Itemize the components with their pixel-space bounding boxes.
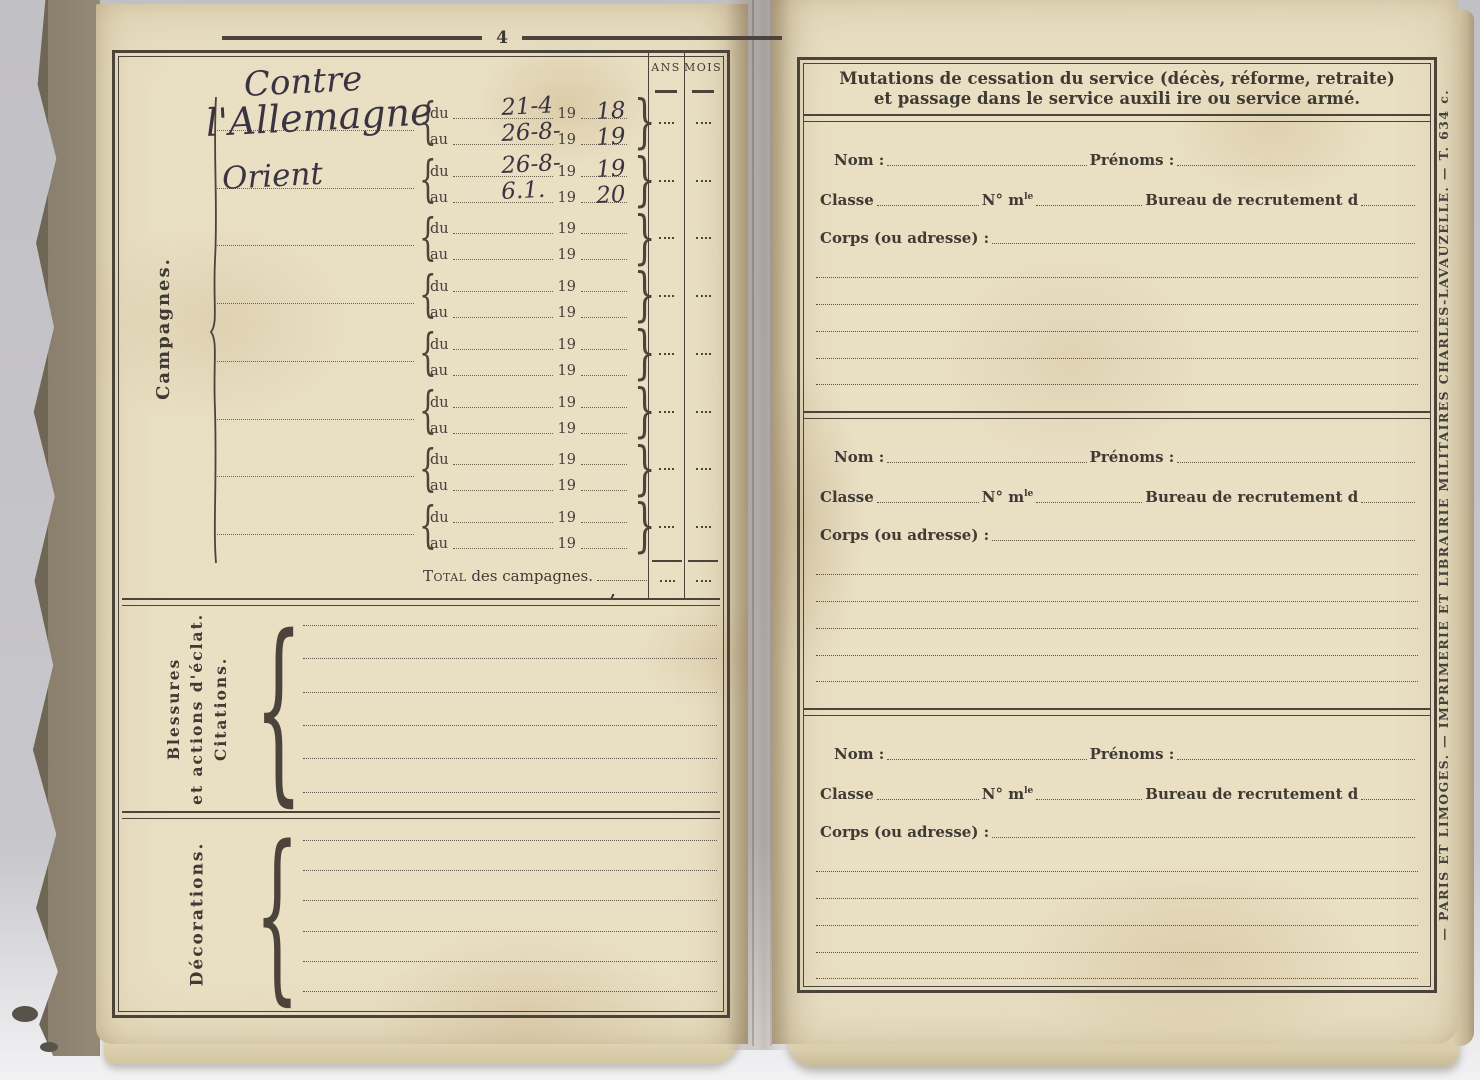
- header-underline-rule: [803, 114, 1431, 122]
- handwritten-du-date: 26-8-: [501, 150, 562, 179]
- campagne-row: { du 19 au 19 }: [211, 497, 721, 555]
- au-label: au: [430, 363, 450, 379]
- au-label: au: [430, 190, 450, 206]
- du-label: du: [430, 106, 450, 122]
- prenoms-label: Prénoms :: [1090, 745, 1175, 763]
- year-prefix: 19: [558, 536, 576, 552]
- year-dotted-leader: [581, 464, 627, 465]
- year-dotted-leader: [581, 317, 627, 318]
- handwritten-au-date: 26-8-: [501, 118, 562, 147]
- opening-brace: {: [419, 324, 427, 382]
- handwritten-du-year: 18: [595, 97, 626, 124]
- closing-brace: }: [634, 497, 645, 555]
- corps-label: Corps (ou adresse) :: [820, 526, 989, 544]
- au-dotted-leader: [453, 259, 553, 260]
- du-line: du 19: [430, 211, 630, 237]
- opening-brace: {: [419, 209, 427, 267]
- campagne-name-cell: [211, 209, 416, 267]
- au-line: au 19: [430, 526, 630, 552]
- year-prefix: 19: [558, 190, 576, 206]
- bureau-label: Bureau de recrutement d: [1145, 191, 1358, 209]
- year-prefix: 19: [558, 305, 576, 321]
- total-dotted-leader: [597, 580, 647, 581]
- bureau-dotted-leader: [1361, 799, 1415, 800]
- ans-cell: [648, 151, 684, 209]
- total-label-rest: des campagnes.: [471, 567, 593, 585]
- blank-writing-lines: [816, 247, 1418, 411]
- year-dotted-leader: [581, 407, 627, 408]
- blessures-brace: {: [255, 606, 282, 811]
- left-page-frame: ANS MOIS Campagnes. Contre l'Allemagne {…: [112, 50, 730, 1018]
- mois-dash: [696, 468, 711, 470]
- du-au-lines: du 19 au 19: [430, 324, 630, 382]
- mois-cell: [684, 266, 721, 324]
- year-dotted-leader: [581, 233, 627, 234]
- campagne-name-cell: Orient: [211, 151, 416, 209]
- mutation-block: Nom : Prénoms : Classe N° mle Bureau de …: [800, 122, 1434, 411]
- ans-cell: [648, 324, 684, 382]
- mois-dash: [696, 122, 711, 124]
- mois-dash: [696, 526, 711, 528]
- book-cover-torn-edge: [22, 0, 100, 1056]
- year-prefix: 19: [558, 478, 576, 494]
- ans-sum-rule: [652, 560, 682, 562]
- du-line: du 19 21-4 18: [430, 96, 630, 122]
- mois-total-dash: [696, 580, 711, 582]
- shadow-speck: [12, 1006, 38, 1022]
- campagne-name-cell: [211, 266, 416, 324]
- blessures-section-label: Blessures et actions d'éclat. Citations.: [117, 606, 277, 811]
- printer-imprint-vertical-text: — PARIS ET LIMOGES. — IMPRIMERIE ET LIBR…: [1430, 55, 1456, 975]
- du-line: du 19: [430, 269, 630, 295]
- au-line: au 19: [430, 411, 630, 437]
- gutter-crease: [752, 0, 754, 1046]
- campagnes-rows: Contre l'Allemagne { du 19 21-4 18 au 19…: [211, 93, 721, 555]
- du-dotted-leader: [453, 349, 553, 350]
- year-dotted-leader: [581, 375, 627, 376]
- closing-brace: }: [634, 151, 645, 209]
- handwritten-au-year: 19: [595, 123, 626, 150]
- campagne-name-dotted-line: [217, 419, 414, 420]
- numero-dotted-leader: [1036, 502, 1142, 503]
- nom-dotted-leader: [887, 165, 1086, 166]
- year-dotted-leader: [581, 490, 627, 491]
- corps-row: Corps (ou adresse) :: [816, 803, 1418, 841]
- mois-dash: [696, 353, 711, 355]
- ans-dash: [659, 122, 674, 124]
- decorations-brace: {: [255, 819, 282, 1009]
- classe-label: Classe: [820, 191, 874, 209]
- section-separator-rule: [122, 598, 720, 606]
- opening-brace: {: [419, 382, 427, 440]
- au-label: au: [430, 247, 450, 263]
- closing-brace: }: [634, 382, 645, 440]
- handwritten-au-year: 20: [595, 181, 626, 208]
- nom-dotted-leader: [887, 462, 1086, 463]
- left-page-number: 4: [482, 28, 522, 48]
- closing-brace: }: [634, 209, 645, 267]
- mutation-blocks: Nom : Prénoms : Classe N° mle Bureau de …: [800, 122, 1434, 1005]
- numero-matricule-label: N° mle: [982, 488, 1033, 506]
- au-dotted-leader: [453, 375, 553, 376]
- du-label: du: [430, 279, 450, 295]
- classe-dotted-leader: [877, 502, 979, 503]
- mois-dash: [696, 411, 711, 413]
- campagne-name-cell: [211, 324, 416, 382]
- total-campagnes-row: Total des campagnes. ,: [211, 555, 721, 597]
- ans-total-dash: [660, 580, 675, 582]
- du-label: du: [430, 510, 450, 526]
- du-label: du: [430, 221, 450, 237]
- bureau-dotted-leader: [1361, 205, 1415, 206]
- au-line: au 19 26-8- 19: [430, 122, 630, 148]
- du-au-lines: du 19 26-8- 19 au 19 6.1. 20: [430, 151, 630, 209]
- du-label: du: [430, 452, 450, 468]
- mois-dash: [696, 237, 711, 239]
- block-separator-rule: [803, 411, 1431, 419]
- bureau-dotted-leader: [1361, 502, 1415, 503]
- mois-cell: [684, 324, 721, 382]
- au-label: au: [430, 132, 450, 148]
- mois-cell: [684, 209, 721, 267]
- total-mois-cell: [685, 555, 721, 597]
- du-line: du 19: [430, 385, 630, 411]
- opening-brace: {: [419, 440, 427, 498]
- au-dotted-leader: [453, 317, 553, 318]
- au-line: au 19: [430, 295, 630, 321]
- decorations-writing-lines: [303, 825, 717, 1007]
- opening-brace: {: [419, 497, 427, 555]
- year-prefix: 19: [558, 363, 576, 379]
- mutation-block: Nom : Prénoms : Classe N° mle Bureau de …: [800, 716, 1434, 1005]
- corps-label: Corps (ou adresse) :: [820, 229, 989, 247]
- campagne-row: { du 19 au 19 }: [211, 382, 721, 440]
- closing-brace: }: [634, 324, 645, 382]
- bureau-label: Bureau de recrutement d: [1145, 488, 1358, 506]
- opening-brace: {: [419, 266, 427, 324]
- year-prefix: 19: [558, 337, 576, 353]
- du-label: du: [430, 395, 450, 411]
- left-page: 4 ANS MOIS Campagnes. Con: [96, 4, 748, 1044]
- ans-dash: [659, 353, 674, 355]
- corps-dotted-leader: [992, 243, 1415, 244]
- handwritten-campaign-name-line2: l'Allemagne: [205, 89, 434, 145]
- classe-row: Classe N° mle Bureau de recrutement d: [816, 763, 1418, 803]
- classe-row: Classe N° mle Bureau de recrutement d: [816, 466, 1418, 506]
- campagne-row: { du 19 au 19 }: [211, 440, 721, 498]
- campagne-name-dotted-line: [217, 476, 414, 477]
- campagne-row: { du 19 au 19 }: [211, 266, 721, 324]
- prenoms-dotted-leader: [1177, 759, 1415, 760]
- mois-cell: [684, 151, 721, 209]
- block-separator-rule: [803, 708, 1431, 716]
- ans-cell: [648, 209, 684, 267]
- blank-writing-lines: [816, 841, 1418, 1005]
- ans-dash: [659, 295, 674, 297]
- du-au-lines: du 19 au 19: [430, 440, 630, 498]
- du-dotted-leader: [453, 233, 553, 234]
- year-prefix: 19: [558, 279, 576, 295]
- campagne-row: { du 19 au 19 }: [211, 324, 721, 382]
- au-label: au: [430, 305, 450, 321]
- du-dotted-leader: [453, 522, 553, 523]
- du-dotted-leader: [453, 407, 553, 408]
- corps-label: Corps (ou adresse) :: [820, 823, 989, 841]
- classe-row: Classe N° mle Bureau de recrutement d: [816, 169, 1418, 209]
- au-line: au 19: [430, 468, 630, 494]
- mutations-header: Mutations de cessation du service (décès…: [800, 60, 1434, 109]
- nom-row: Nom : Prénoms :: [816, 419, 1418, 466]
- classe-label: Classe: [820, 785, 874, 803]
- corps-row: Corps (ou adresse) :: [816, 209, 1418, 247]
- du-line: du 19 26-8- 19: [430, 154, 630, 180]
- year-dotted-leader: [581, 349, 627, 350]
- ans-cell: [648, 266, 684, 324]
- corps-dotted-leader: [992, 540, 1415, 541]
- campagne-row: Contre l'Allemagne { du 19 21-4 18 au 19…: [211, 93, 721, 151]
- mois-dash: [696, 180, 711, 182]
- nom-row: Nom : Prénoms :: [816, 716, 1418, 763]
- total-ans-cell: [649, 555, 685, 597]
- nom-row: Nom : Prénoms :: [816, 122, 1418, 169]
- mois-cell: [684, 440, 721, 498]
- campagne-name-cell: Contre l'Allemagne: [211, 93, 416, 151]
- campagne-name-dotted-line: [217, 245, 414, 246]
- year-dotted-leader: [581, 433, 627, 434]
- shadow-speck: [40, 1042, 58, 1052]
- campagne-name-dotted-line: [217, 361, 414, 362]
- year-dotted-leader: [581, 291, 627, 292]
- section-separator-rule: [122, 811, 720, 819]
- du-au-lines: du 19 au 19: [430, 382, 630, 440]
- du-label: du: [430, 337, 450, 353]
- au-line: au 19 6.1. 20: [430, 180, 630, 206]
- year-prefix: 19: [558, 510, 576, 526]
- du-dotted-leader: [453, 464, 553, 465]
- mois-sum-rule: [688, 560, 718, 562]
- campagne-name-dotted-line: [217, 534, 414, 535]
- du-au-lines: du 19 au 19: [430, 497, 630, 555]
- au-line: au 19: [430, 237, 630, 263]
- opening-brace: {: [419, 151, 427, 209]
- left-page-number-band: 4: [222, 28, 782, 48]
- au-dotted-leader: [453, 433, 553, 434]
- ans-column-header: ANS: [648, 61, 684, 74]
- year-prefix: 19: [558, 452, 576, 468]
- closing-brace: }: [634, 93, 645, 151]
- prenoms-dotted-leader: [1177, 462, 1415, 463]
- handwritten-campaign-name-line2: Orient: [221, 155, 324, 196]
- year-dotted-leader: [581, 548, 627, 549]
- du-au-lines: du 19 21-4 18 au 19 26-8- 19: [430, 93, 630, 151]
- ans-cell: [648, 93, 684, 151]
- nom-label: Nom :: [834, 448, 884, 466]
- year-prefix: 19: [558, 221, 576, 237]
- prenoms-dotted-leader: [1177, 165, 1415, 166]
- right-page-frame: Mutations de cessation du service (décès…: [797, 57, 1437, 993]
- ans-cell: [648, 497, 684, 555]
- numero-dotted-leader: [1036, 205, 1142, 206]
- nom-label: Nom :: [834, 151, 884, 169]
- year-prefix: 19: [558, 247, 576, 263]
- au-dotted-leader: [453, 490, 553, 491]
- classe-label: Classe: [820, 488, 874, 506]
- corps-row: Corps (ou adresse) :: [816, 506, 1418, 544]
- du-line: du 19: [430, 442, 630, 468]
- mois-column-header: MOIS: [684, 61, 721, 74]
- page-number-rule: [222, 36, 482, 40]
- mois-cell: [684, 93, 721, 151]
- handwritten-du-year: 19: [595, 155, 626, 182]
- nom-label: Nom :: [834, 745, 884, 763]
- campagne-row: Orient { du 19 26-8- 19 au 19 6.1. 20 }: [211, 151, 721, 209]
- mutation-block: Nom : Prénoms : Classe N° mle Bureau de …: [800, 419, 1434, 708]
- blank-writing-lines: [816, 544, 1418, 708]
- right-page: 4 bis Mutations de cessation du service …: [772, 0, 1458, 1044]
- handwritten-au-date: 6.1.: [501, 176, 546, 204]
- gutter-crease: [770, 0, 772, 1046]
- au-line: au 19: [430, 353, 630, 379]
- du-dotted-leader: [453, 291, 553, 292]
- mois-cell: [684, 497, 721, 555]
- scanned-military-booklet-spread: 4 ANS MOIS Campagnes. Con: [0, 0, 1480, 1080]
- au-dotted-leader: [453, 548, 553, 549]
- numero-matricule-label: N° mle: [982, 191, 1033, 209]
- classe-dotted-leader: [877, 799, 979, 800]
- year-prefix: 19: [558, 421, 576, 437]
- nom-dotted-leader: [887, 759, 1086, 760]
- du-line: du 19: [430, 500, 630, 526]
- year-dotted-leader: [581, 522, 627, 523]
- ans-dash: [659, 468, 674, 470]
- au-label: au: [430, 478, 450, 494]
- year-dotted-leader: [581, 259, 627, 260]
- prenoms-label: Prénoms :: [1090, 448, 1175, 466]
- ans-dash: [659, 526, 674, 528]
- campagne-name-cell: [211, 382, 416, 440]
- campagne-name-cell: [211, 440, 416, 498]
- prenoms-label: Prénoms :: [1090, 151, 1175, 169]
- total-label: Total: [423, 567, 467, 585]
- year-prefix: 19: [558, 106, 576, 122]
- ans-dash: [659, 237, 674, 239]
- year-prefix: 19: [558, 395, 576, 411]
- du-au-lines: du 19 au 19: [430, 209, 630, 267]
- du-label: du: [430, 164, 450, 180]
- au-label: au: [430, 536, 450, 552]
- mois-cell: [684, 382, 721, 440]
- mois-dash: [696, 295, 711, 297]
- blessures-writing-lines: [303, 609, 717, 809]
- page-number-rule: [522, 36, 782, 40]
- du-line: du 19: [430, 327, 630, 353]
- numero-dotted-leader: [1036, 799, 1142, 800]
- au-label: au: [430, 421, 450, 437]
- handwritten-du-date: 21-4: [501, 92, 554, 121]
- closing-brace: }: [634, 266, 645, 324]
- ans-dash: [659, 180, 674, 182]
- campagne-name-cell: [211, 497, 416, 555]
- campagne-row: { du 19 au 19 }: [211, 209, 721, 267]
- du-au-lines: du 19 au 19: [430, 266, 630, 324]
- campagnes-section-label: Campagnes.: [115, 93, 211, 563]
- closing-brace: }: [634, 440, 645, 498]
- corps-dotted-leader: [992, 837, 1415, 838]
- ans-cell: [648, 440, 684, 498]
- numero-matricule-label: N° mle: [982, 785, 1033, 803]
- campagne-name-dotted-line: [217, 303, 414, 304]
- classe-dotted-leader: [877, 205, 979, 206]
- ans-cell: [648, 382, 684, 440]
- decorations-section-label: Décorations.: [117, 819, 277, 1009]
- ans-dash: [659, 411, 674, 413]
- bureau-label: Bureau de recrutement d: [1145, 785, 1358, 803]
